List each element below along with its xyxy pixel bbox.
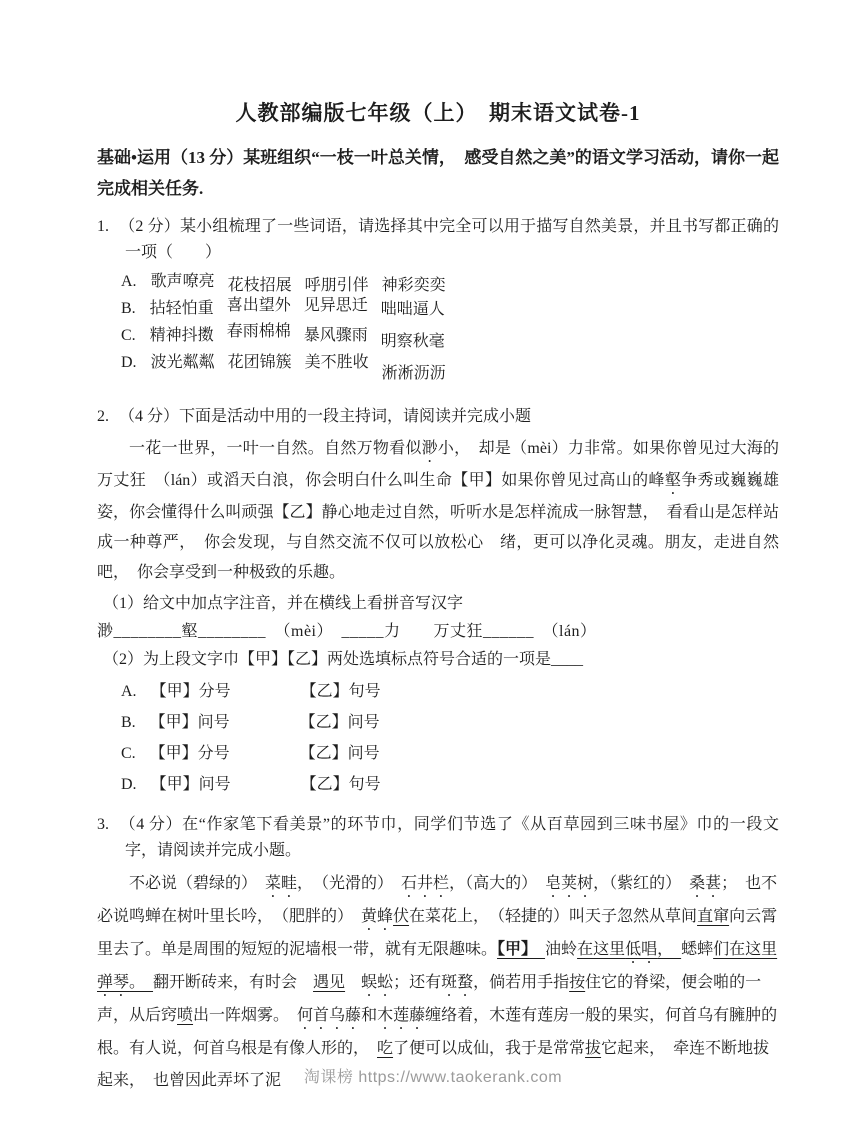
text-run: 渺 xyxy=(422,440,438,457)
question-1: 1.（2 分）某小组梳理了一些词语，请选择其中完全可以用于描写自然美景，并且书写… xyxy=(97,214,779,376)
question-2-fill-line: 渺________壑________ （mèi） _____力 万丈狂_____… xyxy=(97,618,779,646)
question-3-text: （4 分）在“作家笔下看美景”的环节巾，同学们节选了《从百草园到三味书屋》巾的一… xyxy=(119,816,779,859)
footer-text: 淘课榜 https://www.taokerank.com xyxy=(304,1069,562,1086)
question-2: 2.（4 分）下面是活动中用的一段主持词，请阅读并完成小题 一花一世界，一叶一自… xyxy=(97,404,779,800)
option-letter: D. xyxy=(121,354,137,371)
text-run: ；还有 xyxy=(393,974,441,991)
text-run: 壑 xyxy=(665,472,681,489)
option-letter: A. xyxy=(121,683,137,700)
option-word: 暴风骤雨 xyxy=(304,322,368,349)
text-run: 伏 xyxy=(393,908,409,925)
option-word: 歌声嘹亮 xyxy=(151,268,215,295)
question-2-number: 2. xyxy=(97,408,109,425)
option-row-b: B.拈轻怕重喜出望外见异思迁咄咄逼人 xyxy=(97,295,779,322)
option-yi: 【乙】句号 xyxy=(301,683,381,700)
text-run: 拔 xyxy=(585,1040,601,1057)
text-run: 直窜 xyxy=(697,908,729,925)
question-2-sub2: （2）为上段文字巾【甲】【乙】两处选填标点符号合适的一项是____ xyxy=(97,646,779,674)
question-3: 3.（4 分）在“作家笔下看美景”的环节巾，同学们节选了《从百草园到三味书屋》巾… xyxy=(97,812,779,1097)
text-run: 石井栏 xyxy=(401,875,449,892)
option-letter: C. xyxy=(121,327,136,344)
text-run: 了便可以成仙，我于是常常 xyxy=(393,1040,585,1057)
option-word: 神彩奕奕 xyxy=(382,272,446,299)
question-1-options: A.歌声嘹亮花枝招展呼朋引伴神彩奕奕 B.拈轻怕重喜出望外见异思迁咄咄逼人 C.… xyxy=(97,268,779,376)
option-letter: B. xyxy=(121,300,136,317)
text-run: 弹琴 xyxy=(97,974,129,991)
text-run: 们在这里 xyxy=(713,941,777,958)
text-run: 油蛉 xyxy=(545,941,577,958)
text-run: 黄蜂 xyxy=(361,908,393,925)
text-run: 蜈蚣 xyxy=(361,974,393,991)
text-run: 一花一世界，一叶一自然。自然万物看似 xyxy=(129,440,422,457)
option-letter: C. xyxy=(121,745,136,762)
text-run: 在这里 xyxy=(577,941,625,958)
option-row-c: C.【甲】分号【乙】问号 xyxy=(97,738,779,769)
option-jia: 【甲】分号 xyxy=(151,676,301,707)
option-word: 美不胜收 xyxy=(305,349,369,376)
option-word: 波光粼粼 xyxy=(151,349,215,376)
text-run xyxy=(529,941,545,958)
text-run: 【乙】 xyxy=(274,504,322,521)
option-yi: 【乙】问号 xyxy=(300,745,380,762)
exam-paper-page: 人教部编版七年级（上） 期末语文试卷-1 基础•运用（13 分）某班组织“一枝一… xyxy=(0,0,866,1122)
text-run: 【甲】 xyxy=(452,472,501,489)
question-1-text: （2 分）某小组梳理了一些词语，请选择其中完全可以用于描写自然美景，并且书写都正… xyxy=(119,218,779,261)
option-letter: A. xyxy=(121,273,137,290)
question-2-head: 2.（4 分）下面是活动中用的一段主持词，请阅读并完成小题 xyxy=(97,404,779,430)
text-run: 蟋蟀 xyxy=(681,941,713,958)
text-run: 按 xyxy=(569,974,585,991)
option-jia: 【甲】问号 xyxy=(151,769,301,800)
text-run: 不必说（碧绿的） xyxy=(97,875,265,892)
question-1-head: 1.（2 分）某小组梳理了一些词语，请选择其中完全可以用于描写自然美景，并且书写… xyxy=(97,214,779,266)
text-run: 翻开断砖来，有时会 xyxy=(153,974,313,991)
option-jia: 【甲】分号 xyxy=(150,738,300,769)
option-word: 拈轻怕重 xyxy=(150,295,214,322)
option-letter: B. xyxy=(121,714,136,731)
text-run: ，倘若用手指 xyxy=(473,974,569,991)
question-2-text: （4 分）下面是活动中用的一段主持词，请阅读并完成小题 xyxy=(119,408,531,425)
text-run xyxy=(345,974,361,991)
text-run: 【甲】 xyxy=(497,941,529,958)
text-run: 低唱 xyxy=(625,941,657,958)
option-word: 明察秋毫 xyxy=(381,328,445,355)
option-jia: 【甲】问号 xyxy=(150,707,300,738)
text-run: 在菜花上， （轻捷的）叫天子忽然从草间 xyxy=(409,908,697,925)
option-row-a: A.【甲】分号【乙】句号 xyxy=(97,676,779,707)
question-3-number: 3. xyxy=(97,816,109,833)
page-title: 人教部编版七年级（上） 期末语文试卷-1 xyxy=(97,100,779,126)
option-word: 喜出望外 xyxy=(227,292,291,319)
text-run: ， （光滑的） xyxy=(297,875,401,892)
question-2-sub1: （1）给文中加点字注音，并在横线上看拼音写汉字 xyxy=(97,590,779,618)
text-run: 吃 xyxy=(377,1040,393,1057)
option-yi: 【乙】句号 xyxy=(301,776,381,793)
text-run: 喷 xyxy=(177,1007,193,1024)
text-run: 如果你曾见过高山的峰 xyxy=(501,472,665,489)
option-word: 咄咄逼人 xyxy=(381,296,445,323)
option-row-d: D.【甲】问号【乙】句号 xyxy=(97,769,779,800)
question-2-passage: 一花一世界，一叶一自然。自然万物看似渺小， 却是（mèi）力非常。如果你曾见过大… xyxy=(97,434,779,588)
text-run: ，（紫红的） xyxy=(593,875,689,892)
text-run: ，（高大的） xyxy=(449,875,545,892)
option-word: 春雨棉棉 xyxy=(227,318,291,345)
text-run: 遇见 xyxy=(313,974,345,991)
text-run: 何首乌藤 xyxy=(297,1007,361,1024)
option-word: 见异思迁 xyxy=(304,292,368,319)
text-run: ， xyxy=(657,941,681,958)
option-letter: D. xyxy=(121,776,137,793)
option-yi: 【乙】问号 xyxy=(300,714,380,731)
text-run: 菜畦 xyxy=(265,875,297,892)
text-run: 木莲藤 xyxy=(377,1007,425,1024)
option-word: 淅淅沥沥 xyxy=(382,360,446,387)
question-2-options: A.【甲】分号【乙】句号 B.【甲】问号【乙】问号 C.【甲】分号【乙】问号 D… xyxy=(97,676,779,800)
text-run: 和 xyxy=(361,1007,377,1024)
text-run: 桑葚 xyxy=(689,875,721,892)
option-row-c: C.精神抖擞春雨棉棉暴风骤雨明察秋毫 xyxy=(97,322,779,349)
text-run: 出一阵烟雾。 xyxy=(193,1007,297,1024)
text-run: 斑蝥 xyxy=(441,974,473,991)
option-row-a: A.歌声嘹亮花枝招展呼朋引伴神彩奕奕 xyxy=(97,268,779,295)
question-1-number: 1. xyxy=(97,218,109,235)
question-3-head: 3.（4 分）在“作家笔下看美景”的环节巾，同学们节选了《从百草园到三味书屋》巾… xyxy=(97,812,779,864)
option-word: 精神抖擞 xyxy=(150,322,214,349)
option-row-b: B.【甲】问号【乙】问号 xyxy=(97,707,779,738)
question-3-passage: 不必说（碧绿的） 菜畦， （光滑的） 石井栏，（高大的） 皂荚树，（紫红的） 桑… xyxy=(97,868,779,1097)
option-word: 花团锦簇 xyxy=(228,349,292,376)
footer-watermark: 淘课榜 https://www.taokerank.com xyxy=(0,1064,866,1087)
intro-text: 基础•运用（13 分）某班组织“一枝一叶总关情， 感受自然之美”的语文学习活动，… xyxy=(97,142,779,204)
text-run: 。 xyxy=(129,974,153,991)
text-run: 皂荚树 xyxy=(545,875,593,892)
